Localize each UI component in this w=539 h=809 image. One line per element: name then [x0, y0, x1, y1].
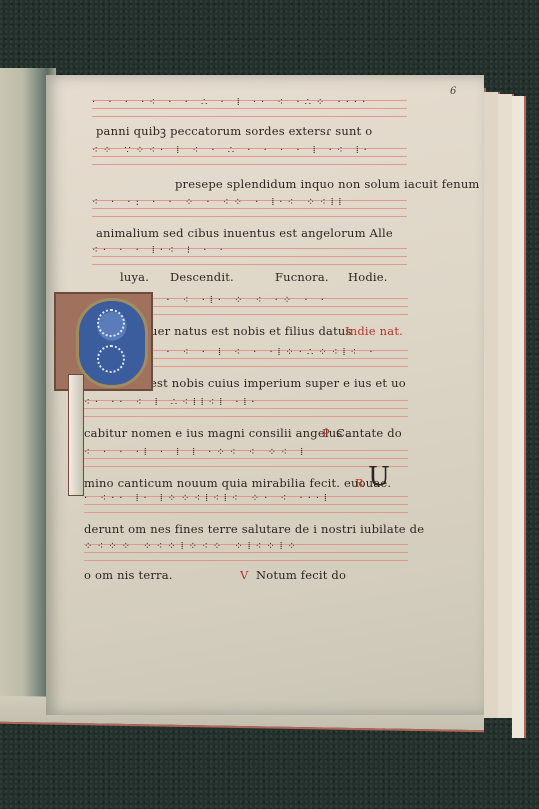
neumes: · · ⁖ ·⁞· ⁘ ⁖ ·⁘ · · — [150, 295, 408, 323]
music-staff: ⁖· · · ⁞·⁖ ⁝ · · — [92, 248, 407, 272]
neumes: · · ⁖ · ⁞ ⁖ · ·⁞⁘·∴⁘⁖⁞⁖ · — [150, 347, 408, 375]
neumes: ⁖· ·· ⁖ ⁞ ∴⁖⁞⁞⁖⁞ ·⁞· — [84, 397, 408, 425]
rosette-ornament — [97, 309, 125, 337]
lyric-line: est nobis cuius imperium super e ius et … — [150, 376, 470, 390]
neumes: ⁘⁖⁘⁘ ⁘⁖⁘⁞⁘⁖⁘ ⁘⁞⁖⁘⁞⁘ — [84, 541, 408, 569]
music-staff: ⁖ · ·: · · ⁘ · ⁖⁘ · ⁞·⁖ ⁘⁖⁞⁞ — [92, 200, 407, 224]
music-staff: · · · ·⁖ · · ∴ · ⁞ ·· ⁖ ·∴⁘ ···· — [92, 100, 407, 124]
music-staff: · · ⁖ ·⁞· ⁘ ⁖ ·⁘ · · — [150, 298, 408, 322]
music-staff: ⁖· ·· ⁖ ⁞ ∴⁖⁞⁞⁖⁞ ·⁞· — [84, 400, 408, 424]
rubric-in-die-nat: Indie nat. — [345, 324, 539, 338]
neumes: ⁖ · · ·⁞ · ⁞ ⁞ ·⁘⁖ ⁖ ⁘⁖ ⁞ — [84, 447, 408, 475]
rubric-cantate: Cantate do — [336, 426, 539, 440]
neumes: ⁖⁘ ∵⁘⁖· ⁞ ⁖ · ∴ · · · · ⁞ ·⁖ ⁞· — [92, 145, 407, 173]
lyric-line: presepe splendidum inquo non solum iacui… — [175, 177, 495, 191]
music-staff: ⁖ · · ·⁞ · ⁞ ⁞ ·⁘⁖ ⁖ ⁘⁖ ⁞ — [84, 450, 408, 474]
lyric-line: derunt om nes fines terre salutare de i … — [84, 522, 404, 536]
illuminated-initial-p — [54, 292, 153, 391]
music-staff: · · ⁖ · ⁞ ⁖ · ·⁞⁘·∴⁘⁖⁞⁖ · — [150, 350, 408, 374]
folio-number: 6 — [450, 86, 456, 97]
lyric-line: animalium sed cibus inuentus est angelor… — [96, 226, 416, 240]
rosette-ornament — [97, 345, 125, 373]
lyric-line: Hodie. — [348, 270, 539, 284]
neumes: · · · ·⁖ · · ∴ · ⁞ ·· ⁖ ·∴⁘ ···· — [92, 97, 407, 125]
neumes: ⁖· · · ⁞·⁖ ⁝ · · — [92, 245, 407, 273]
music-staff: ⁖⁘ ∵⁘⁖· ⁞ ⁖ · ∴ · · · · ⁞ ·⁖ ⁞· — [92, 148, 407, 172]
lyric-line: panni quibꝫ peccatorum sordes extersɾ su… — [96, 124, 416, 139]
neumes: ⁖ · ·: · · ⁘ · ⁖⁘ · ⁞·⁖ ⁘⁖⁞⁞ — [92, 197, 407, 225]
neumes: · ⁖·· ⁞· ⁞⁘⁘⁖⁞⁖⁞⁖ ⁘· ⁖ ···⁞ — [84, 493, 408, 521]
music-staff: · ⁖·· ⁞· ⁞⁘⁘⁖⁞⁖⁞⁖ ⁘· ⁖ ···⁞ — [84, 496, 408, 520]
music-staff: ⁘⁖⁘⁘ ⁘⁖⁘⁞⁘⁖⁘ ⁘⁞⁖⁘⁞⁘ — [84, 544, 408, 568]
initial-stem — [68, 374, 84, 496]
versal-initial-v: U — [368, 462, 390, 492]
lyric-line: Notum fecit do — [256, 568, 539, 582]
